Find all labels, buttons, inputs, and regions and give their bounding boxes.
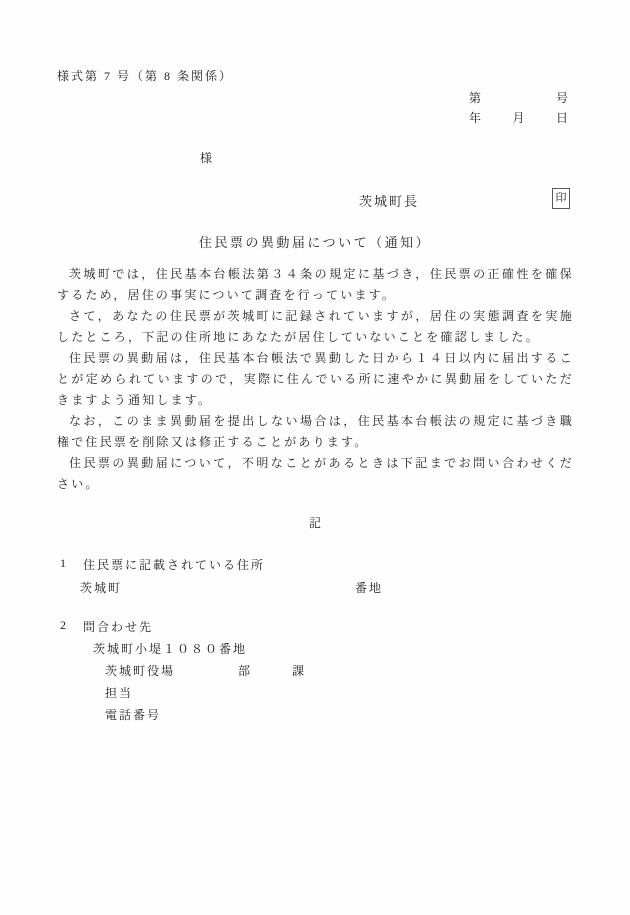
sender-title: 茨城町長 [359, 191, 419, 210]
list-start-marker: 記 [0, 514, 630, 531]
document-number-prefix: 第 [469, 89, 481, 106]
section1-heading: 1 住民票に記載されている住所 [60, 556, 265, 573]
document-date-line: 年 月 日 [469, 109, 568, 126]
section2-heading-label: 問合わせ先 [83, 618, 153, 635]
section1-address-suffix: 番地 [355, 579, 383, 596]
contact-address: 茨城町小堤１０８０番地 [93, 640, 247, 657]
date-year-label: 年 [469, 109, 481, 126]
body-paragraph: 茨城町では，住民基本台帳法第３４条の規定に基づき，住民票の正確性を確保するため，… [57, 264, 574, 306]
contact-division-suffix: 課 [292, 662, 306, 679]
document-number-line: 第 号 [469, 89, 568, 106]
section1-heading-label: 住民票に記載されている住所 [83, 556, 265, 573]
contact-person-label: 担当 [105, 684, 133, 701]
document-title: 住民票の異動届について（通知） [0, 232, 630, 251]
body-paragraph: さて，あなたの住民票が茨城町に記録されていますが，居住の実態調査を実施したところ… [57, 306, 574, 348]
contact-department-suffix: 部 [238, 662, 252, 679]
date-month-label: 月 [512, 109, 524, 126]
date-day-label: 日 [556, 109, 568, 126]
form-number: 様式第 7 号（第 8 条関係） [57, 67, 233, 84]
body-paragraph: 住民票の異動届は，住民基本台帳法で異動した日から１４日以内に届出することが定めら… [57, 348, 574, 411]
section1-number: 1 [60, 556, 83, 573]
notice-body: 茨城町では，住民基本台帳法第３４条の規定に基づき，住民票の正確性を確保するため，… [57, 264, 574, 495]
notice-document-page: 様式第 7 号（第 8 条関係） 第 号 年 月 日 様 茨城町長 印 住民票の… [0, 0, 630, 915]
contact-office-name: 茨城町役場 [105, 662, 175, 679]
official-seal-placeholder: 印 [552, 188, 570, 209]
addressee-honorific: 様 [200, 149, 214, 166]
section2-heading: 2 問合わせ先 [60, 618, 153, 635]
section1-address-prefix: 茨城町 [80, 579, 122, 596]
body-paragraph: なお，このまま異動届を提出しない場合は，住民基本台帳法の規定に基づき職権で住民票… [57, 411, 574, 453]
body-paragraph: 住民票の異動届について，不明なことがあるときは下記までお問い合わせください。 [57, 453, 574, 495]
section2-number: 2 [60, 618, 83, 635]
contact-phone-label: 電話番号 [105, 706, 161, 723]
document-number-suffix: 号 [556, 89, 568, 106]
